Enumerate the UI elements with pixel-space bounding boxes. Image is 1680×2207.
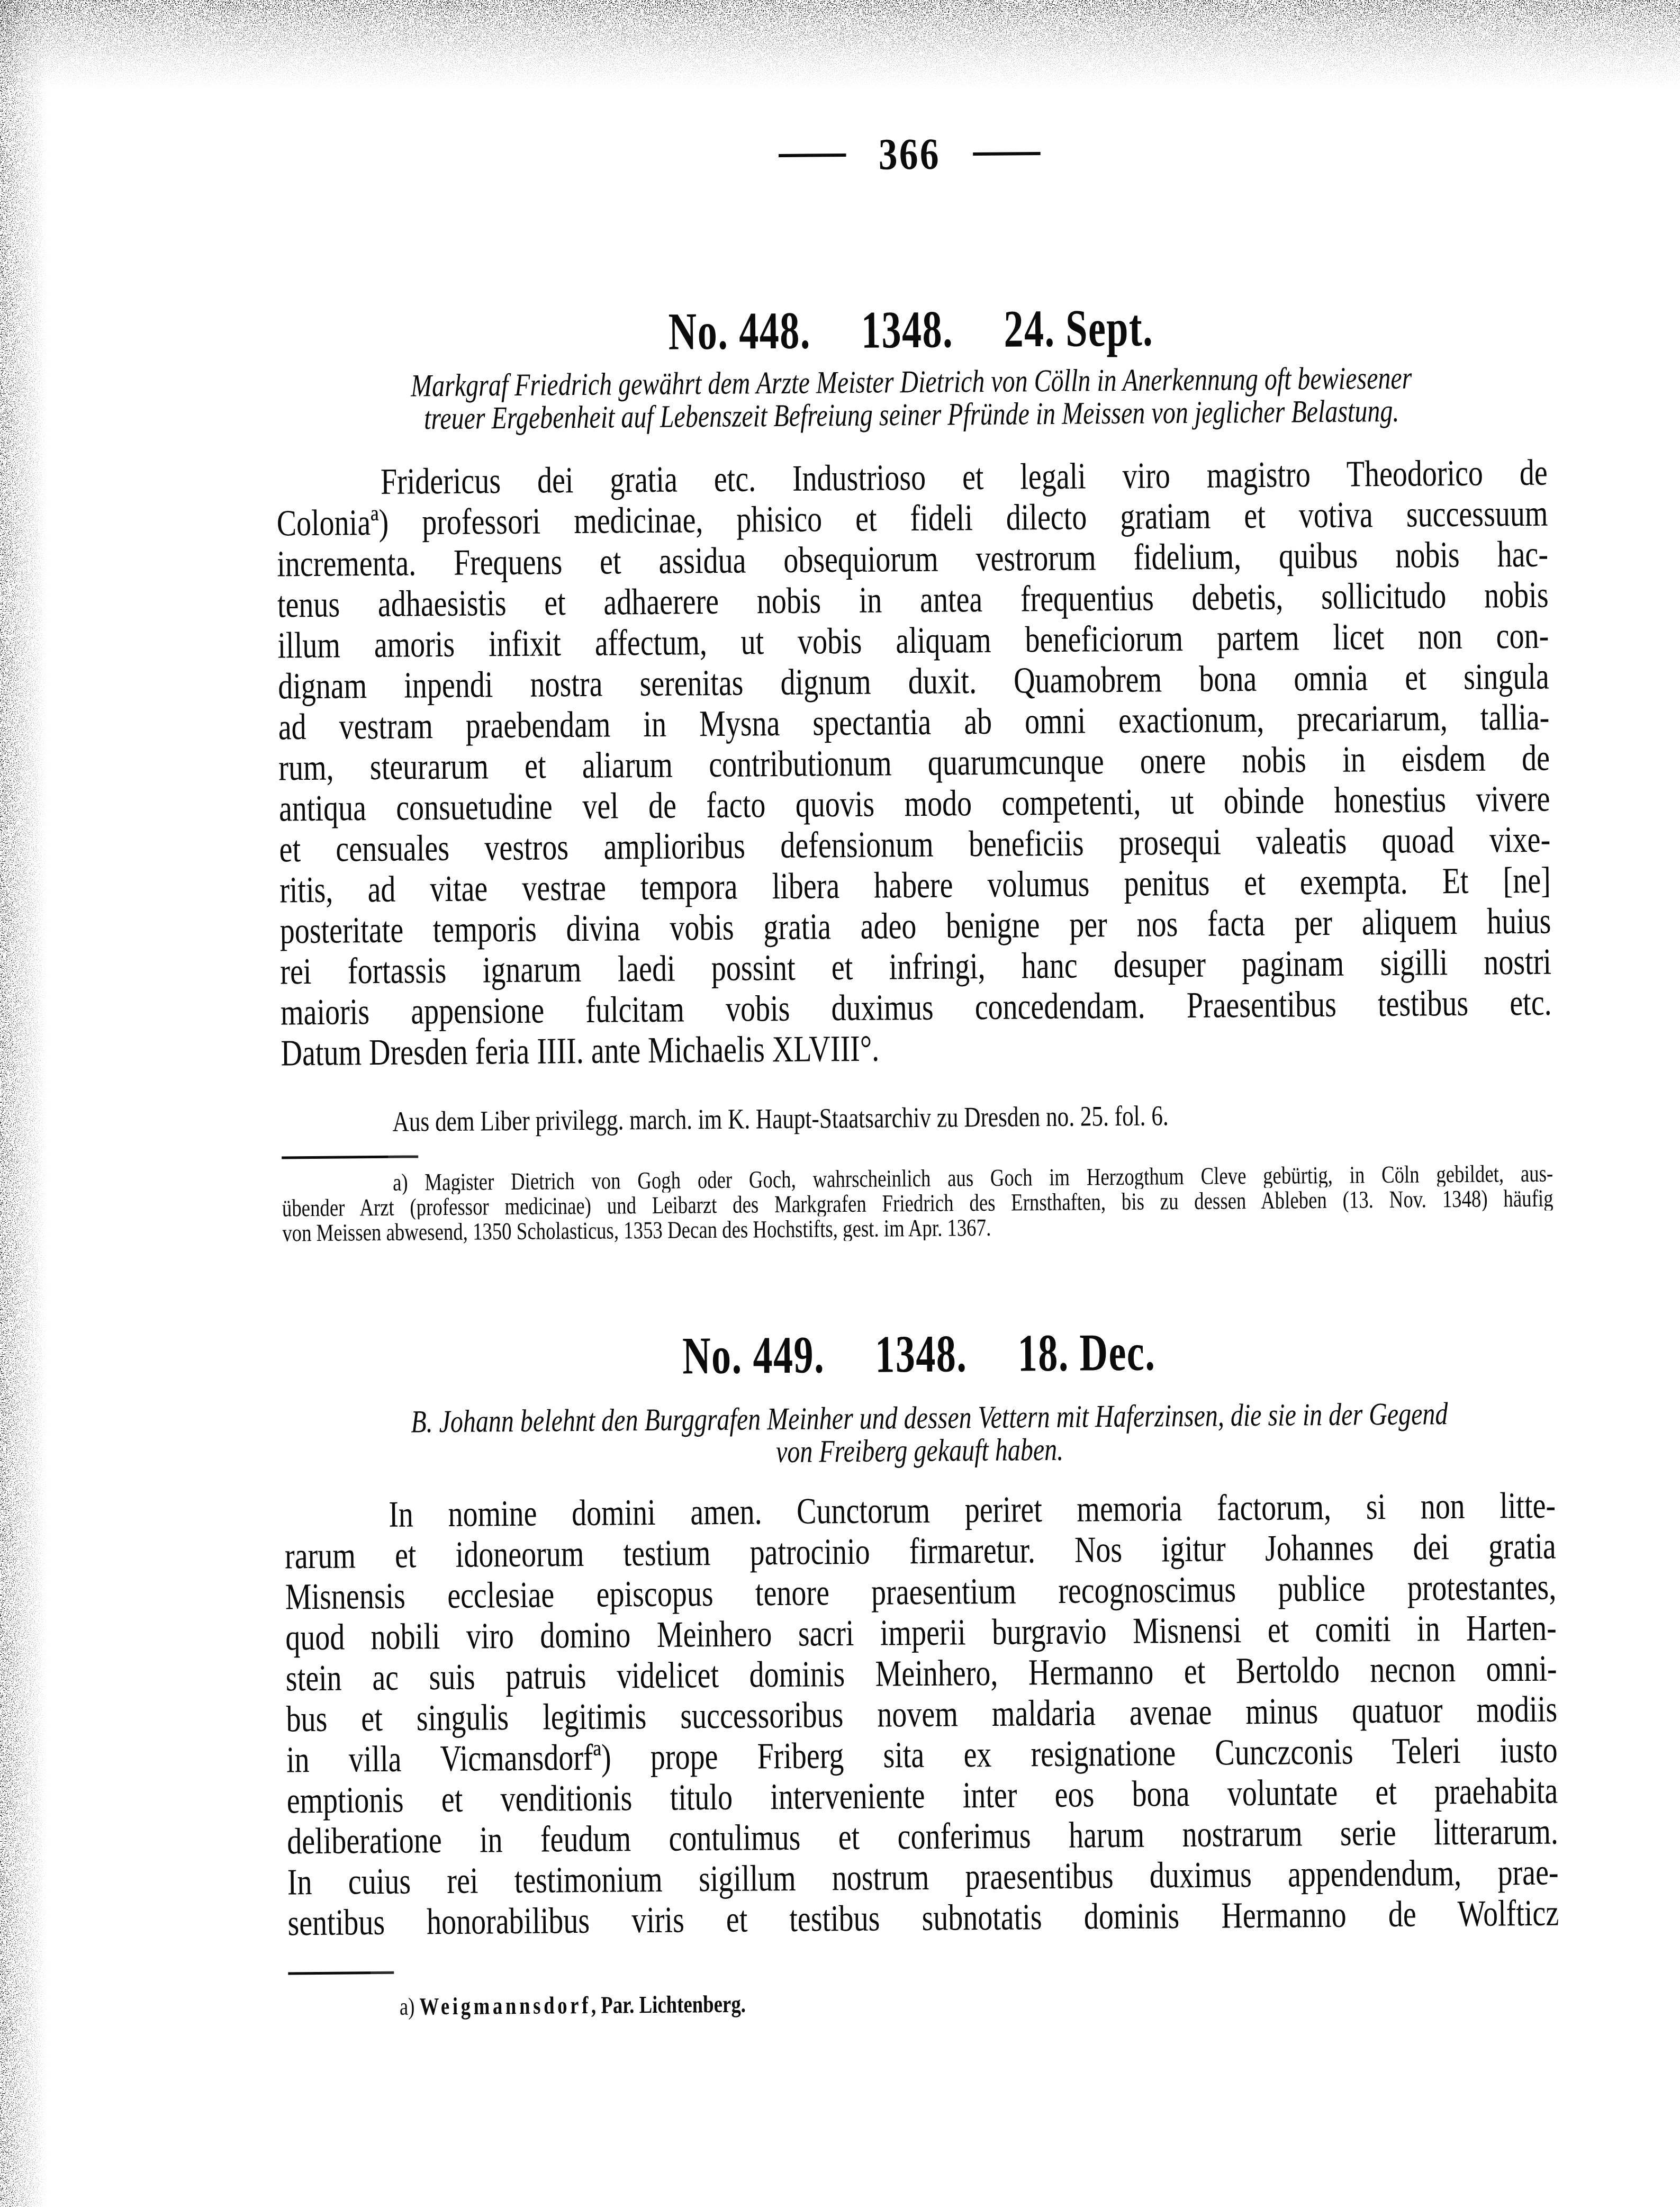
entry-448-heading: No. 448. 1348. 24. Sept. [440,298,1381,362]
scan-noise-left-edge [0,0,48,2207]
header-dash-right [973,152,1041,156]
footnote-separator-448 [282,1155,418,1159]
entry-449-summary: B. Johann belehnt den Burggrafen Meinher… [284,1397,1556,1472]
entry-448-footnote: a) Magister Dietrich von Gogh oder Goch,… [282,1161,1553,1246]
header-dash-left [779,154,846,157]
entry-448-body: Fridericus dei gratia etc. Industrioso e… [276,453,1552,1074]
entry-449-heading: No. 449. 1348. 18. Dec. [448,1322,1389,1386]
entry-448-summary: Markgraf Friedrich gewährt dem Arzte Mei… [276,361,1548,436]
entry-448-source-note: Aus dem Liber privilegg. march. im K. Ha… [392,1100,1321,1137]
footnote-place-name: Weigmannsdorf [419,1992,591,2020]
footnote-marker: a) [400,1993,420,2020]
page-content: 366 No. 448. 1348. 24. Sept. Markgraf Fr… [273,0,1560,2020]
page-number: 366 [878,133,941,176]
summary-line: treuer Ergebenheit auf Lebenszeit Befrei… [403,394,1420,435]
footnote-separator-449 [288,1971,394,1975]
scanned-page: 366 No. 448. 1348. 24. Sept. Markgraf Fr… [0,0,1680,2207]
footnote-rest-text: , Par. Lichtenberg. [591,1990,746,2019]
entry-449-footnote: a) Weigmannsdorf, Par. Lichtenberg. [400,1987,1328,2019]
page-header: 366 [369,129,1450,180]
entry-449-body: In nomine domini amen. Cunctorum periret… [284,1485,1559,1944]
